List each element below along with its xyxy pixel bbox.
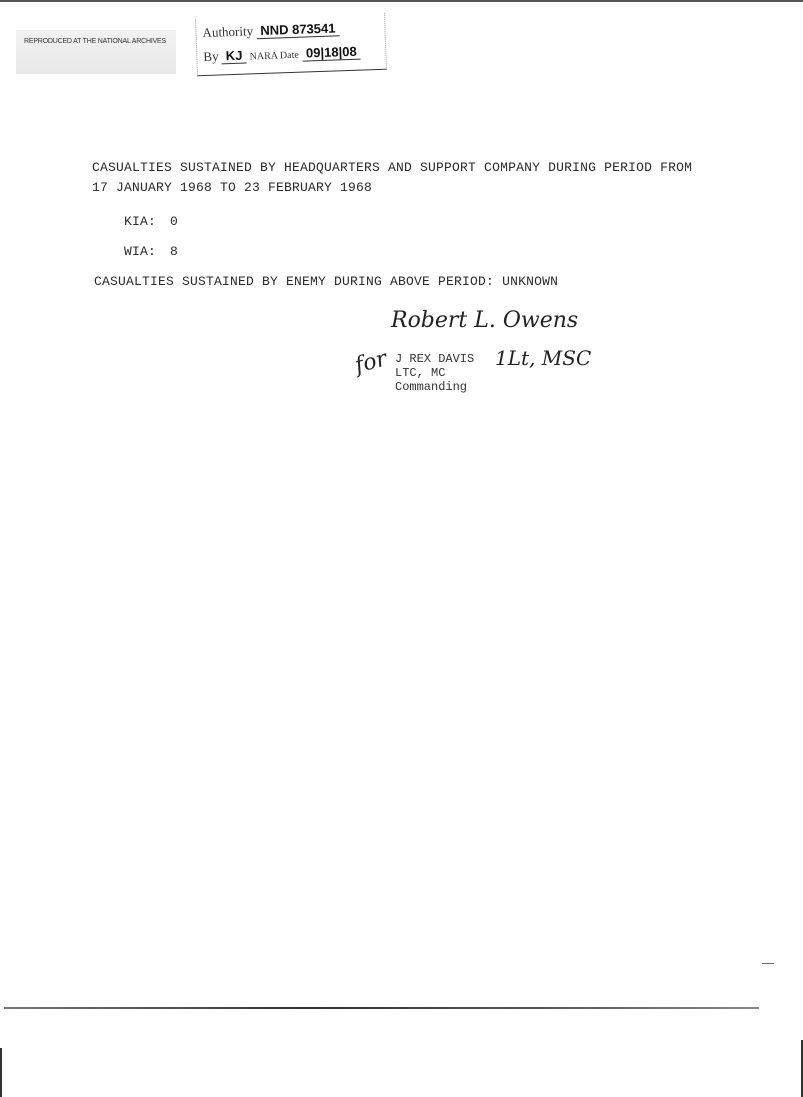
scan-bottom-rule (4, 1007, 759, 1009)
authority-label: Authority (202, 23, 253, 40)
kia-row: KIA:0 (124, 214, 178, 229)
authority-row: Authority NND 873541 (202, 20, 339, 41)
typed-signature: J REX DAVISLTC, MCCommanding (395, 352, 474, 394)
kia-value: 0 (170, 214, 178, 229)
reproduction-label: REPRODUCED AT THE NATIONAL ARCHIVES (24, 38, 166, 45)
by-date-row: By KJ NARA Date 09|18|08 (203, 44, 361, 65)
nara-date-value: 09|18|08 (302, 44, 361, 62)
scan-left-edge (0, 1048, 2, 1097)
casualties-heading-line2: 17 JANUARY 1968 TO 23 FEBRUARY 1968 (92, 180, 372, 195)
handwritten-for: for (352, 346, 389, 378)
nara-date-label: NARA Date (250, 50, 300, 63)
kia-label: KIA: (124, 214, 156, 229)
enemy-casualties-line: CASUALTIES SUSTAINED BY ENEMY DURING ABO… (94, 274, 558, 289)
declassification-stamp: Authority NND 873541 By KJ NARA Date 09|… (195, 13, 387, 77)
authority-value: NND 873541 (256, 20, 340, 39)
signature-block: Robert L. Owens for 1Lt, MSC J REX DAVIS… (355, 306, 635, 406)
wia-label: WIA: (124, 244, 156, 259)
scan-mark (762, 963, 774, 964)
scan-top-edge (0, 0, 803, 2)
by-label: By (203, 49, 219, 65)
wia-row: WIA:8 (124, 244, 178, 259)
typed-name: J REX DAVIS (395, 352, 474, 366)
typed-rank: LTC, MC (395, 366, 474, 380)
archives-reproduction-stamp: REPRODUCED AT THE NATIONAL ARCHIVES (16, 30, 176, 74)
typed-title: Commanding (395, 380, 474, 394)
by-value: KJ (222, 48, 247, 65)
handwritten-rank: 1Lt, MSC (495, 346, 591, 370)
wia-value: 8 (170, 244, 178, 259)
handwritten-signature: Robert L. Owens (391, 308, 578, 333)
casualties-heading-line1: CASUALTIES SUSTAINED BY HEADQUARTERS AND… (92, 160, 692, 175)
